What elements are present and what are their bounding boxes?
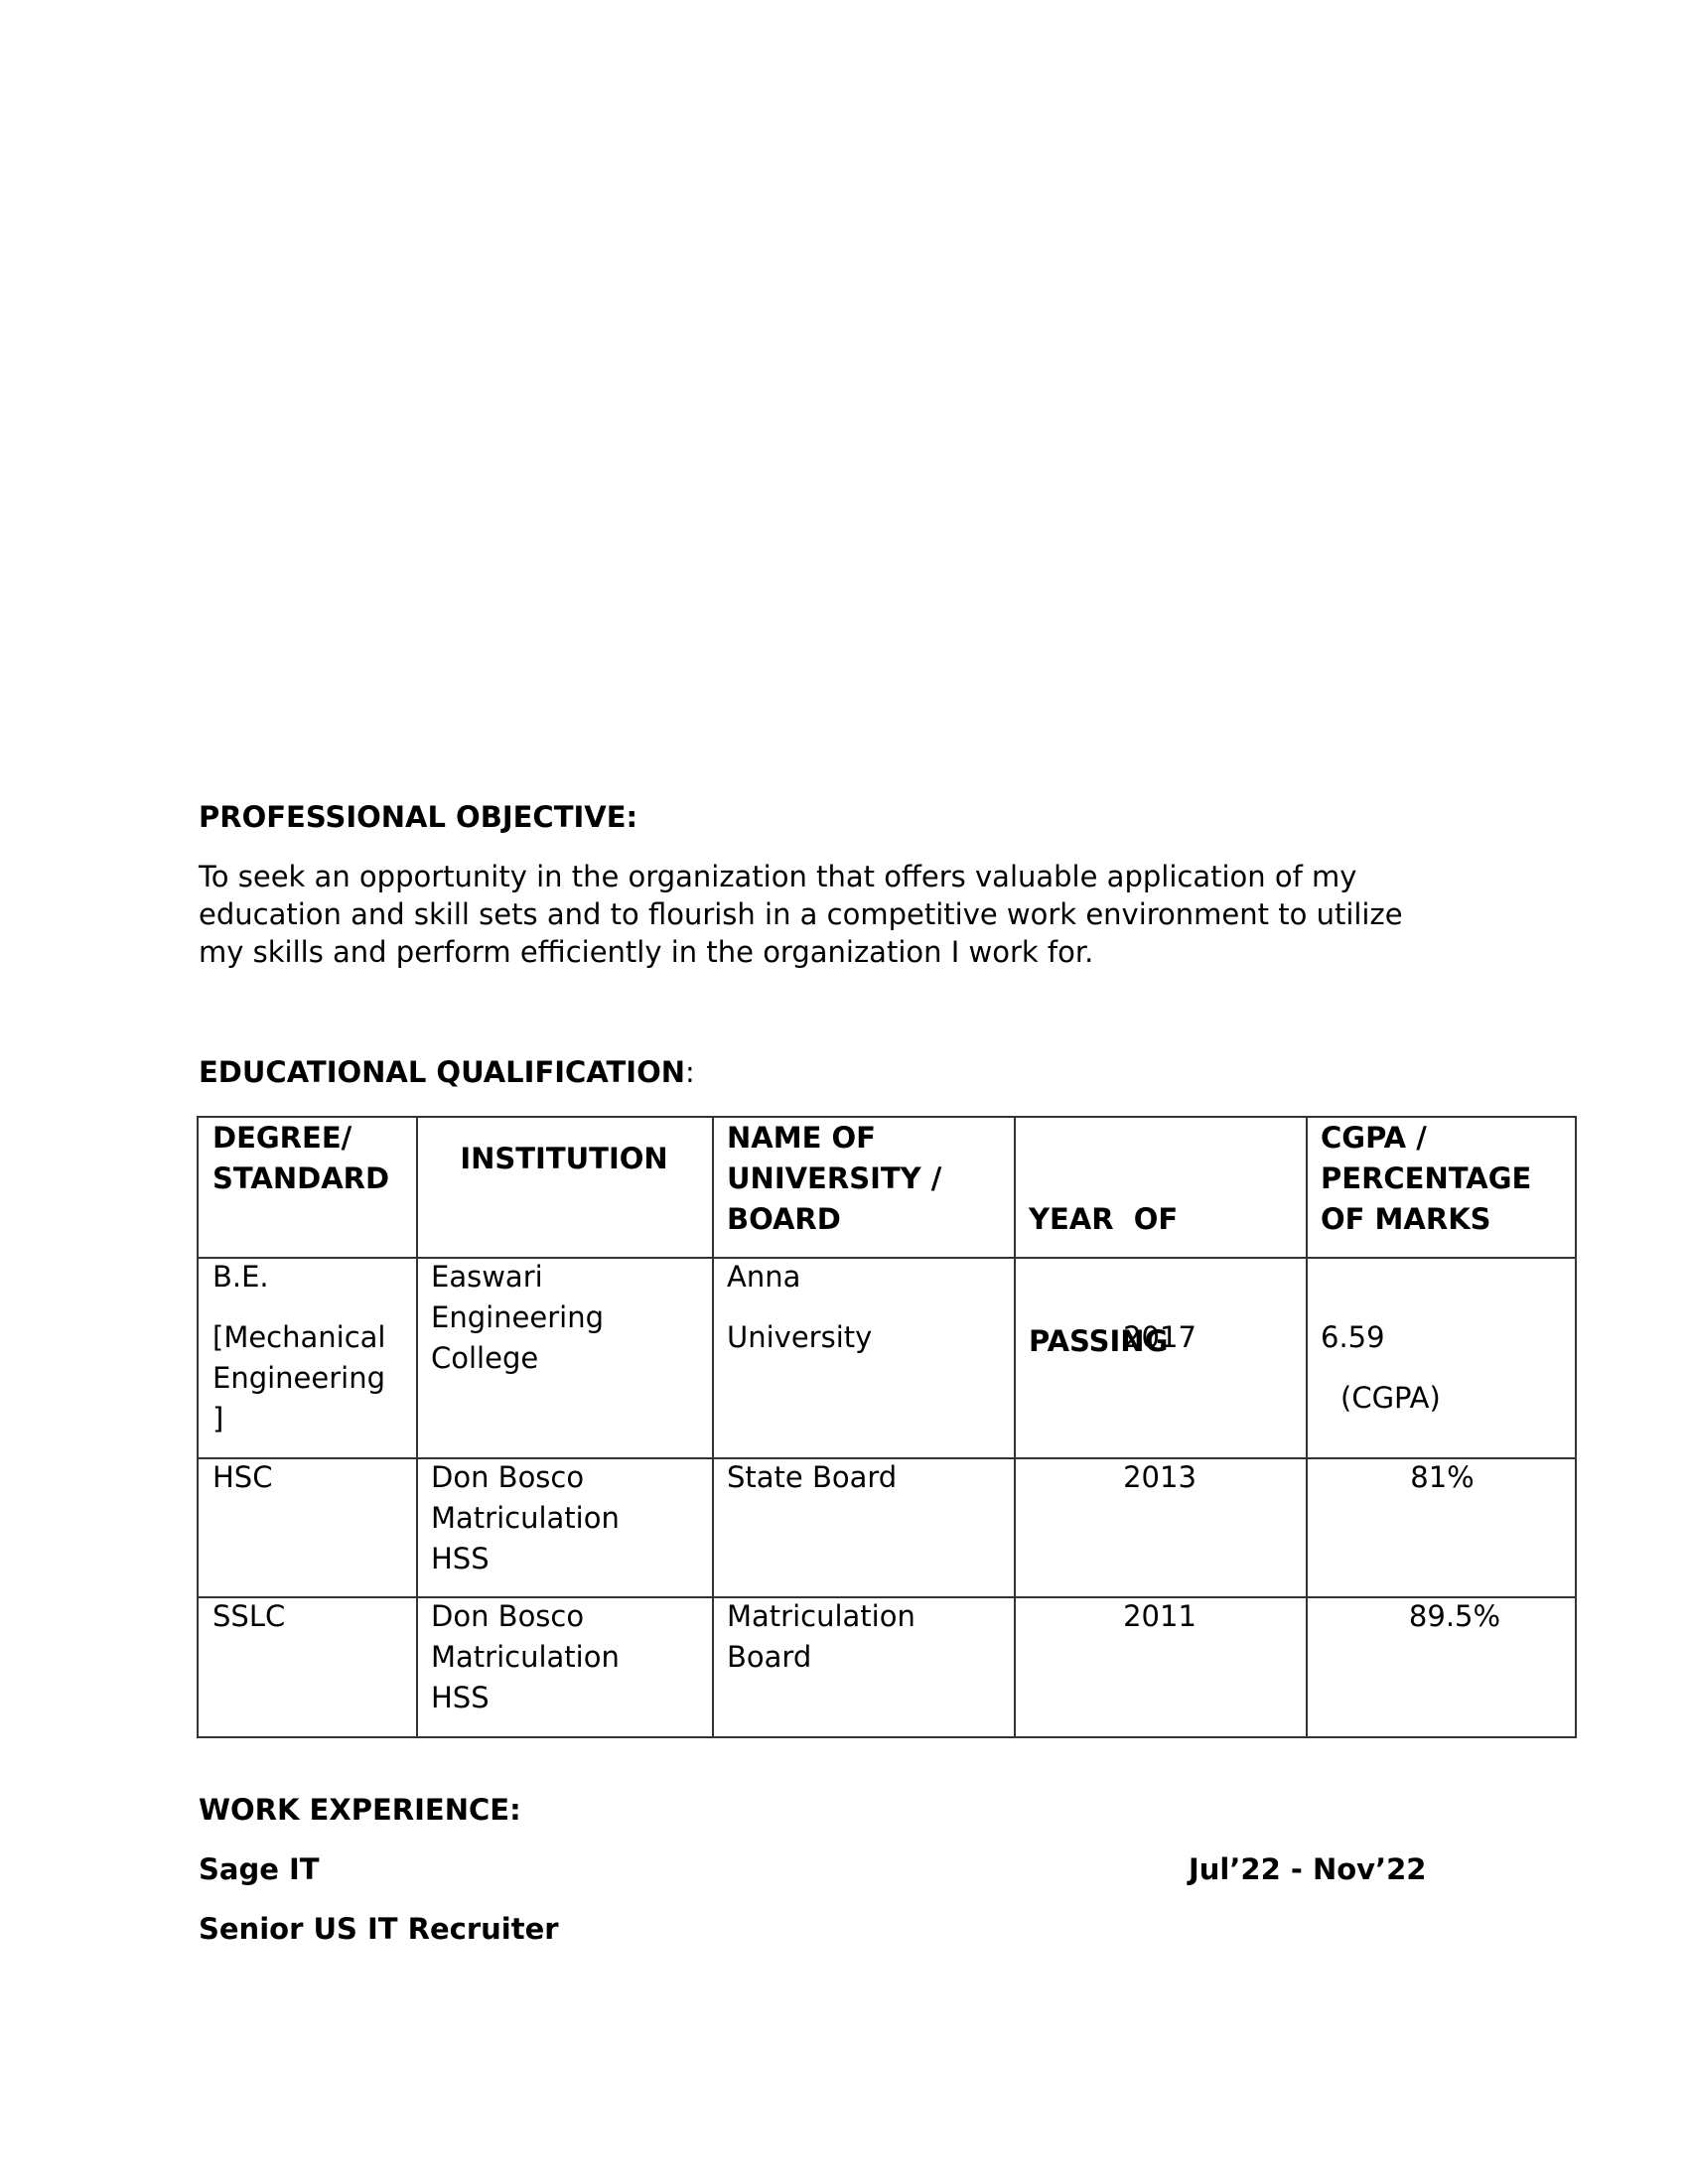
education-heading: EDUCATIONAL QUALIFICATION:: [199, 1055, 695, 1089]
header-line: STANDARD: [212, 1159, 389, 1199]
cell-line: 6.59: [1321, 1317, 1441, 1358]
column-divider: [1306, 1118, 1308, 1736]
work-company: Sage IT: [199, 1852, 320, 1886]
header-degree: DEGREE/ STANDARD: [212, 1118, 389, 1199]
cell-line: University: [727, 1317, 872, 1358]
objective-line: To seek an opportunity in the organizati…: [199, 858, 1403, 895]
cell-line: Anna: [727, 1257, 872, 1297]
table-row-degree: B.E. [Mechanical Engineering ]: [212, 1257, 385, 1439]
cell-line: Board: [727, 1637, 915, 1678]
table-row-institution: Easwari Engineering College: [431, 1257, 604, 1379]
header-line: BOARD: [727, 1199, 941, 1240]
column-divider: [1014, 1118, 1016, 1736]
education-heading-text: EDUCATIONAL QUALIFICATION: [199, 1055, 685, 1089]
header-line: NAME OF: [727, 1118, 941, 1159]
table-row-degree: SSLC: [212, 1596, 285, 1637]
header-line: YEAR OF: [1029, 1199, 1178, 1240]
work-dates: Jul’22 - Nov’22: [1189, 1852, 1426, 1886]
table-row-institution: Don Bosco Matriculation HSS: [431, 1457, 620, 1579]
cell-line: HSS: [431, 1539, 620, 1579]
cell-line: Matriculation: [431, 1498, 620, 1539]
table-row-year: 2017: [1014, 1317, 1306, 1358]
cell-line: Engineering: [212, 1358, 385, 1399]
cell-line: Don Bosco: [431, 1596, 620, 1637]
table-row-board: Anna University: [727, 1257, 872, 1358]
table-row-year: 2011: [1014, 1596, 1306, 1637]
table-row-board: State Board: [727, 1457, 897, 1498]
objective-line: my skills and perform efficiently in the…: [199, 933, 1403, 971]
header-line: UNIVERSITY /: [727, 1159, 941, 1199]
row-divider: [199, 1257, 1575, 1259]
cell-line: [Mechanical: [212, 1317, 385, 1358]
header-line: CGPA /: [1321, 1118, 1531, 1159]
cell-line: Don Bosco: [431, 1457, 620, 1498]
table-row-board: Matriculation Board: [727, 1596, 915, 1678]
header-score: CGPA / PERCENTAGE OF MARKS: [1321, 1118, 1531, 1240]
column-divider: [712, 1118, 714, 1736]
header-board: NAME OF UNIVERSITY / BOARD: [727, 1118, 941, 1240]
table-row-score: 6.59 (CGPA): [1321, 1317, 1441, 1419]
table-row-degree: HSC: [212, 1457, 272, 1498]
header-line: DEGREE/: [212, 1118, 389, 1159]
cell-line: HSS: [431, 1678, 620, 1718]
column-divider: [416, 1118, 418, 1736]
header-year: YEAR OF PASSING: [1029, 1118, 1178, 1443]
cell-line: Engineering: [431, 1297, 604, 1338]
table-row-score: 89.5%: [1306, 1596, 1604, 1637]
objective-line: education and skill sets and to flourish…: [199, 895, 1403, 933]
cell-line: B.E.: [212, 1257, 385, 1297]
table-row-score: 81%: [1306, 1457, 1579, 1498]
objective-text: To seek an opportunity in the organizati…: [199, 858, 1403, 971]
cell-line: College: [431, 1338, 604, 1379]
header-line: PERCENTAGE: [1321, 1159, 1531, 1199]
header-institution: INSTITUTION: [416, 1139, 712, 1179]
table-row-year: 2013: [1014, 1457, 1306, 1498]
header-line: OF MARKS: [1321, 1199, 1531, 1240]
header-line: INSTITUTION: [416, 1139, 712, 1179]
education-table: DEGREE/ STANDARD INSTITUTION NAME OF UNI…: [197, 1116, 1577, 1738]
cell-line: ]: [212, 1399, 385, 1439]
objective-heading: PROFESSIONAL OBJECTIVE:: [199, 800, 637, 834]
cell-line: Matriculation: [431, 1637, 620, 1678]
cell-line: (CGPA): [1321, 1378, 1441, 1419]
education-heading-colon: :: [685, 1055, 695, 1089]
table-row-institution: Don Bosco Matriculation HSS: [431, 1596, 620, 1718]
work-role: Senior US IT Recruiter: [199, 1912, 559, 1946]
cell-line: Easwari: [431, 1257, 604, 1297]
cell-line: Matriculation: [727, 1596, 915, 1637]
work-heading: WORK EXPERIENCE:: [199, 1793, 521, 1827]
